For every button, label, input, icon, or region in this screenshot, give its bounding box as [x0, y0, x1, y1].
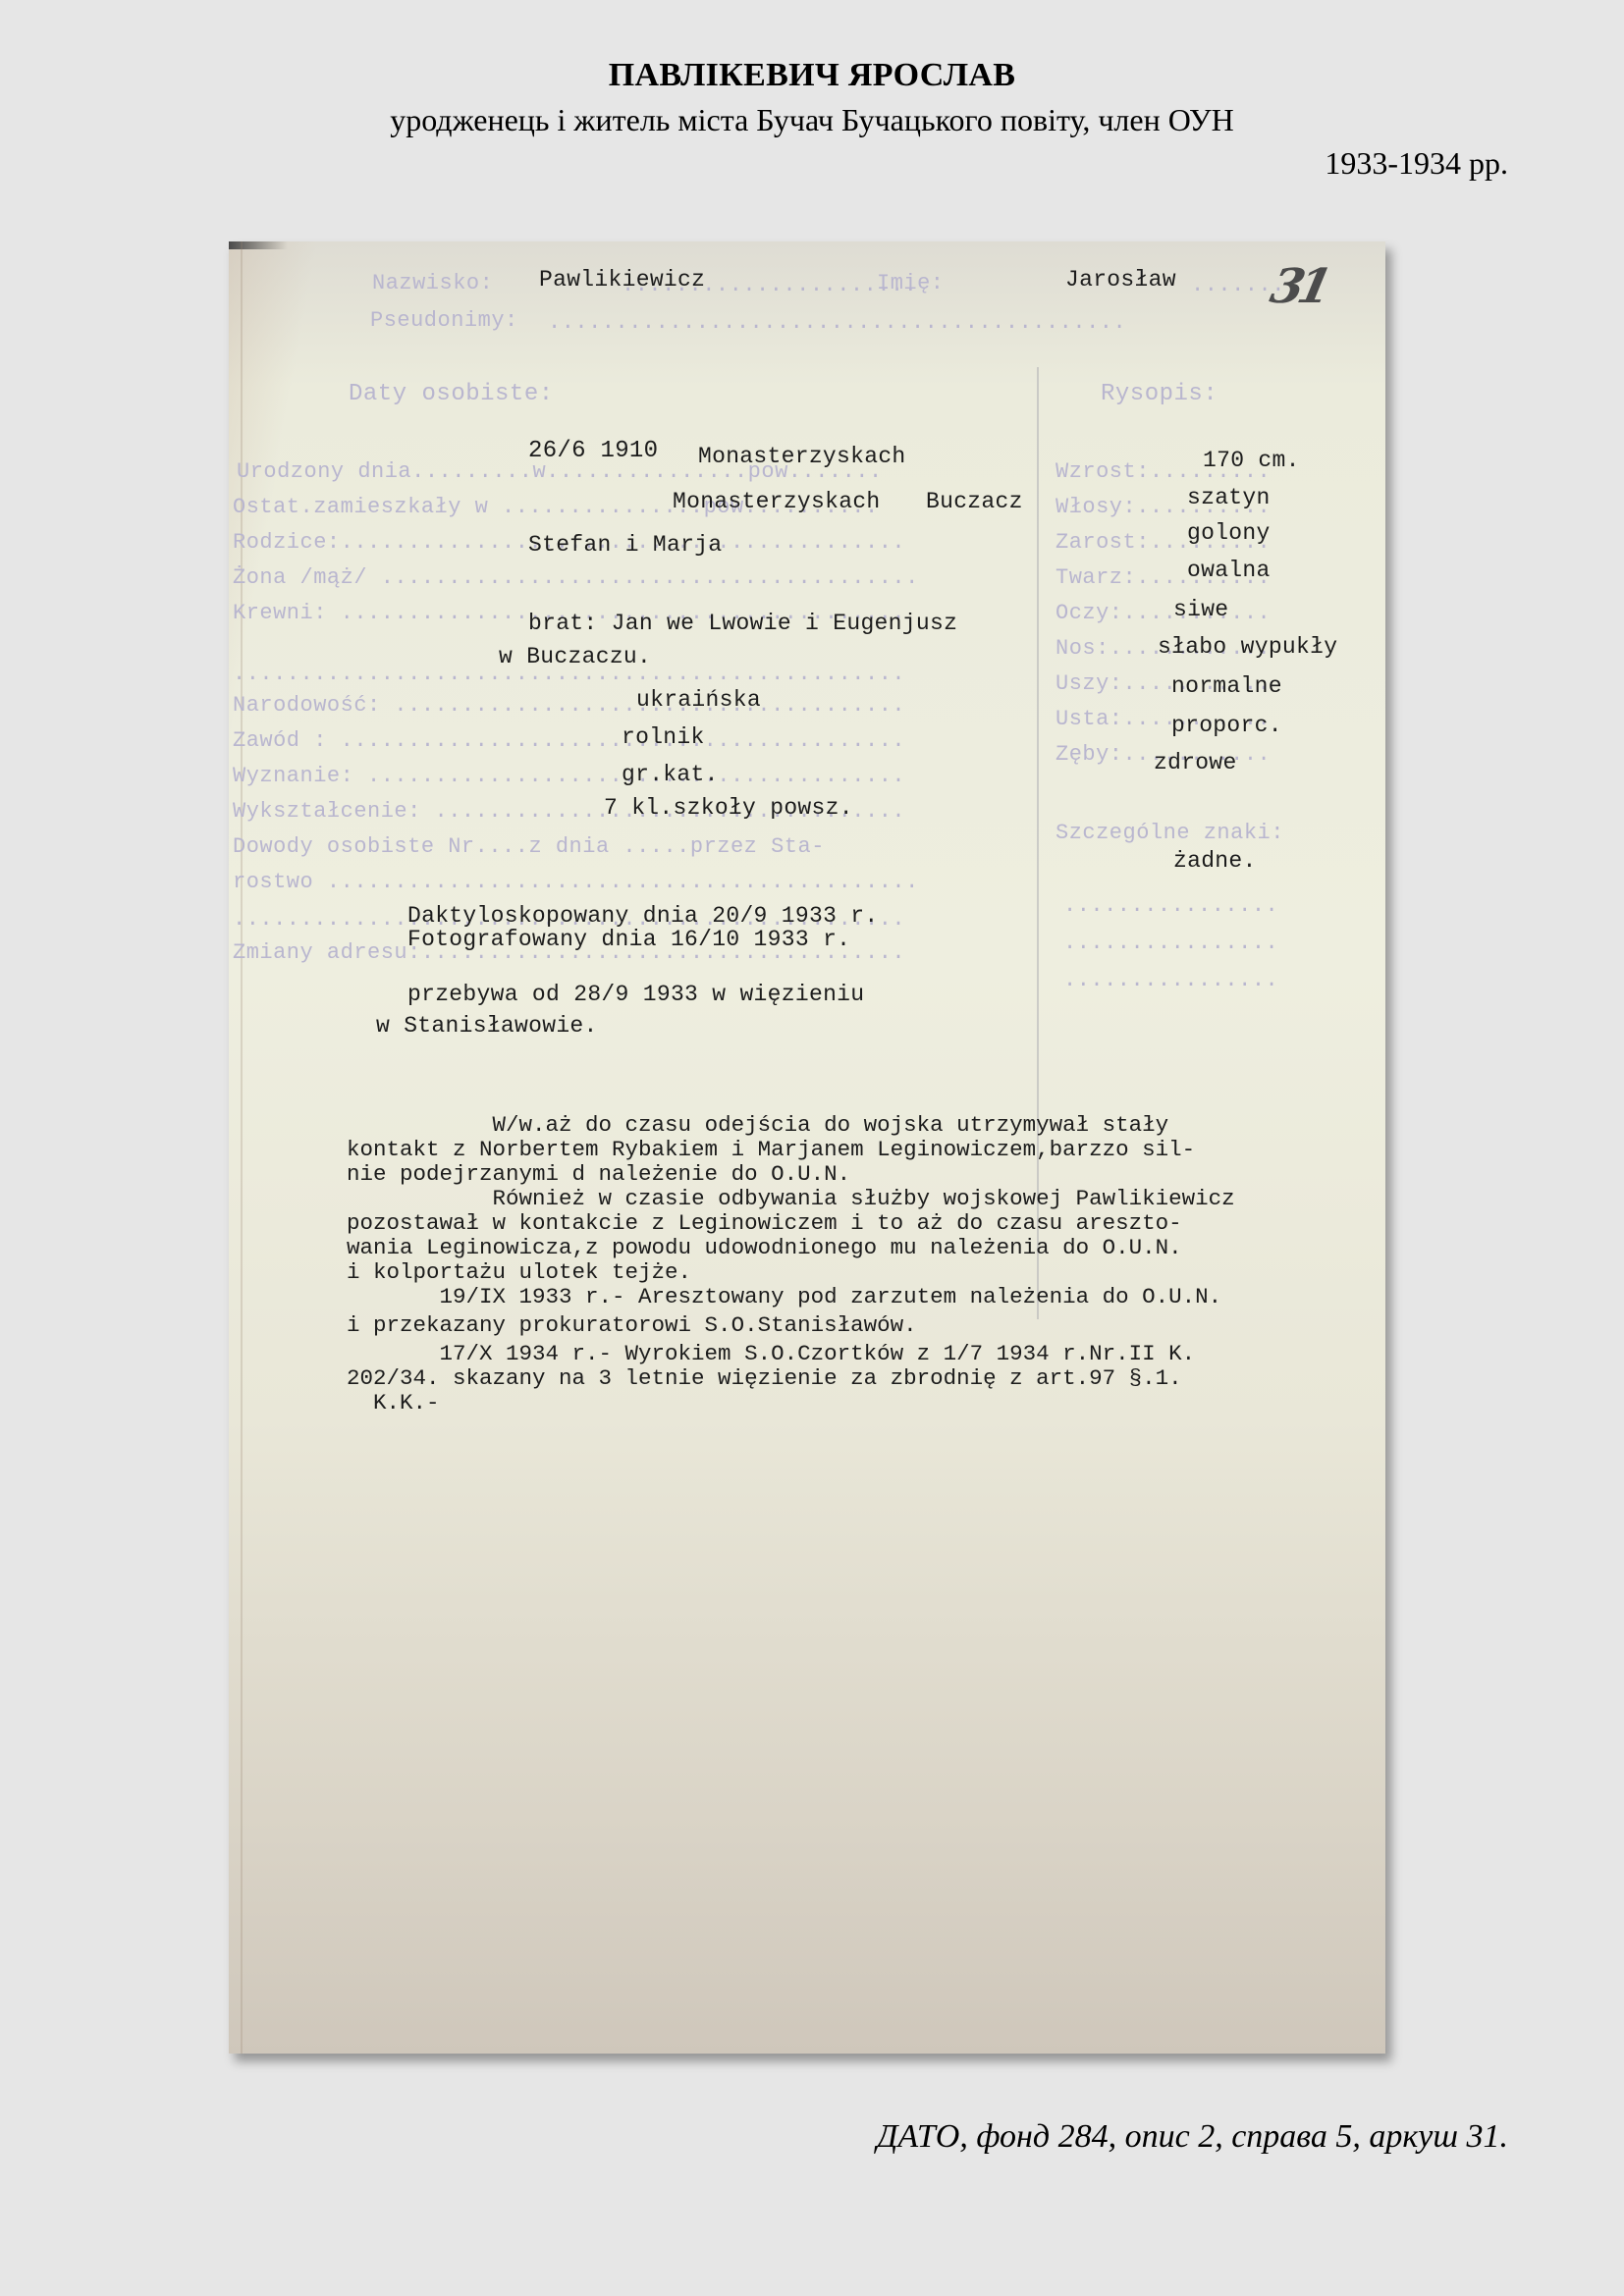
narrative-line: W/w.aż do czasu odejścia do wojska utrzy… [347, 1113, 1368, 1138]
value-height: 170 cm. [1203, 448, 1300, 473]
pseudonym-dots: ........................................… [548, 310, 1126, 335]
special-marks-dots-2: ................ [1063, 931, 1278, 955]
narrative-line: wania Leginowicza,z powodu udowodnionego… [347, 1236, 1368, 1260]
special-marks-dots-3: ................ [1063, 968, 1278, 992]
label-first-name: Imię: [877, 271, 945, 295]
narrative-line: 202/34. skazany na 3 letnie więzienie za… [347, 1366, 1368, 1391]
value-birth-date: 26/6 1910 [528, 438, 658, 464]
page-subtitle: уродженець і житель міста Бучач Бучацько… [0, 102, 1624, 138]
value-religion: gr.kat. [622, 762, 719, 787]
value-nationality: ukraińska [636, 687, 761, 713]
value-birth-place: Monasterzyskach [698, 444, 906, 469]
narrative-text: W/w.aż do czasu odejścia do wojska utrzy… [347, 1113, 1368, 1415]
scan-corner-shadow [229, 241, 288, 249]
heading-personal-data: Daty osobiste: [349, 381, 554, 407]
narrative-line: i kolportażu ulotek tejże. [347, 1260, 1368, 1285]
scanned-document: 31 Nazwisko: ...................... Imię… [229, 241, 1385, 2054]
label-special-marks: Szczególne znaki: [1056, 821, 1284, 845]
value-parents: Stefan i Marja [528, 532, 722, 558]
value-custody-2: w Stanisławowie. [376, 1013, 598, 1039]
value-fingerprinted: Daktyloskopowany dnia 20/9 1933 r. [407, 903, 878, 929]
narrative-line: 17/X 1934 r.- Wyrokiem S.O.Czortków z 1/… [347, 1342, 1368, 1366]
narrative-line: pozostawał w kontakcie z Leginowiczem i … [347, 1211, 1368, 1236]
value-education: 7 kl.szkoły powsz. [604, 795, 853, 821]
value-last-residence: Monasterzyskach [673, 489, 881, 514]
narrative-line: i przekazany prokuratorowi S.O.Stanisław… [347, 1313, 1368, 1338]
narrative-line: kontakt z Norbertem Rybakiem i Marjanem … [347, 1138, 1368, 1162]
label-nationality: Narodowość: ............................… [233, 693, 905, 718]
label-id-documents: Dowody osobiste Nr....z dnia .....przez … [233, 834, 825, 859]
value-relatives-2: w Buczaczu. [499, 644, 651, 669]
value-custody-1: przebywa od 28/9 1933 w więzieniu [407, 982, 864, 1007]
value-mouth: proporc. [1171, 713, 1282, 738]
value-hair: szatyn [1187, 485, 1271, 510]
value-teeth: zdrowe [1154, 750, 1237, 775]
value-special-marks: żadne. [1173, 848, 1257, 874]
value-ears: normalne [1171, 673, 1282, 699]
label-spouse: Żona /mąż/ .............................… [233, 565, 919, 590]
label-id-documents-cont: rostwo .................................… [233, 870, 919, 894]
label-occupation: Zawód : ................................… [233, 728, 905, 753]
value-face: owalna [1187, 558, 1271, 583]
label-surname: Nazwisko: [372, 271, 493, 295]
label-religion: Wyznanie: ..............................… [233, 764, 905, 788]
value-photographed: Fotografowany dnia 16/10 1933 r. [407, 927, 850, 952]
value-eyes: siwe [1173, 597, 1228, 622]
value-nose: słabo wypukły [1158, 634, 1337, 660]
value-relatives-1: brat: Jan we Lwowie i Eugenjusz [528, 611, 957, 636]
narrative-line: K.K.- [347, 1391, 1368, 1415]
date-range: 1933-1934 рр. [1325, 145, 1508, 182]
page-title: ПАВЛІКЕВИЧ ЯРОСЛАВ [0, 57, 1624, 94]
value-first-name: Jarosław [1065, 267, 1176, 293]
narrative-line: Również w czasie odbywania służby wojsko… [347, 1187, 1368, 1211]
label-eyes: Oczy:........... [1056, 601, 1271, 625]
first-name-dots: ....... [1191, 273, 1285, 297]
value-facial-hair: golony [1187, 520, 1271, 546]
narrative-line: nie podejrzanymi d należenie do O.U.N. [347, 1162, 1368, 1187]
value-surname: Pawlikiewicz [539, 267, 705, 293]
value-occupation: rolnik [622, 724, 705, 750]
value-residence-district: Buczacz [926, 489, 1023, 514]
archive-reference: ДАТО, фонд 284, опис 2, справа 5, аркуш … [877, 2118, 1508, 2156]
special-marks-dots-1: ................ [1063, 893, 1278, 918]
heading-description: Rysopis: [1101, 381, 1218, 407]
label-pseudonyms: Pseudonimy: [370, 308, 518, 333]
narrative-line: 19/IX 1933 r.- Aresztowany pod zarzutem … [347, 1285, 1368, 1309]
